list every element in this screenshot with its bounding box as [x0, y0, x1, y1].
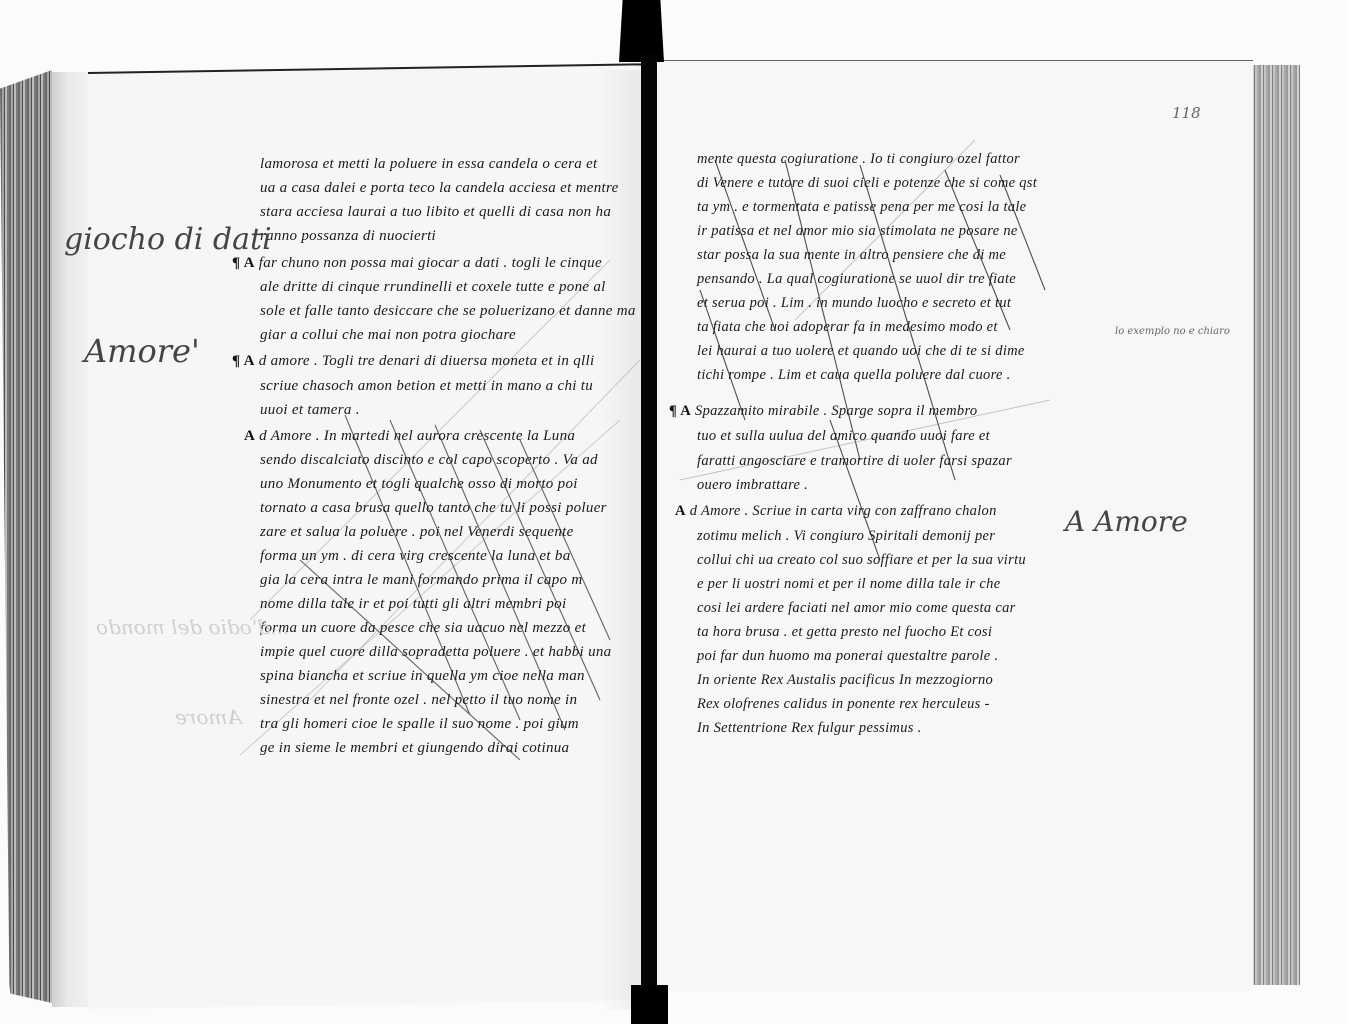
- text-line: poi far dun huomo ma ponerai questaltre …: [697, 648, 998, 665]
- right-page-edges: [1250, 65, 1300, 985]
- text-line: nome dilla tale ir et poi tutti gli altr…: [260, 596, 566, 613]
- text-line: Ad Amore . Scriue in carta virg con zaff…: [675, 503, 997, 520]
- text-line: ranno possanza di nuocierti: [260, 228, 436, 245]
- paragraph-mark: ¶ A: [232, 255, 255, 271]
- text-line: forma un ym . di cera virg crescente la …: [260, 548, 571, 565]
- text-line: zare et salua la poluere . poi nel Vener…: [260, 524, 574, 541]
- text-line: In Settentrione Rex fulgur pessimus .: [697, 720, 922, 737]
- text-line: Rex olofrenes calidus in ponente rex her…: [697, 696, 990, 713]
- margin-note-show-through-2: Amore: [175, 705, 242, 729]
- text-line: spina biancha et scriue in quella ym cio…: [260, 668, 585, 685]
- text-line: scriue chasoch amon betion et metti in m…: [260, 378, 593, 395]
- paragraph-mark: ¶ A: [669, 403, 691, 419]
- text-line: uuoi et tamera .: [260, 402, 360, 419]
- text-line: ge in sieme le membri et giungendo dirai…: [260, 740, 569, 757]
- margin-note-exemplo: lo exemplo no e chiaro: [1115, 326, 1230, 337]
- text-line: ta fiata che uoi adoperar fa in medesimo…: [697, 319, 998, 336]
- bookmark-ribbon: [641, 55, 657, 985]
- text-line: ¶ Afar chuno non possa mai giocar a dati…: [232, 255, 602, 272]
- text-line: star possa la sua mente in altro pensier…: [697, 247, 1006, 264]
- left-page-edges: [0, 70, 52, 1003]
- text-line: Ad Amore . In martedi nel aurora crescen…: [244, 428, 575, 445]
- text-line: faratti angosciare e tramortire di uoler…: [697, 453, 1012, 470]
- text-line: lei haurai a tuo uolere et quando uoi ch…: [697, 343, 1025, 360]
- bookmark-ribbon-bottom: [631, 985, 668, 1024]
- text-line: stara acciesa laurai a tuo libito et que…: [260, 204, 611, 221]
- text-line: tornato a casa brusa quello tanto che tu…: [260, 500, 607, 517]
- text-line: ouero imbrattare .: [697, 477, 808, 494]
- text-line: tichi rompe . Lim et caua quella poluere…: [697, 367, 1011, 384]
- text-line: e per li uostri nomi et per il nome dill…: [697, 576, 1000, 593]
- paragraph-mark: A: [244, 428, 255, 444]
- text-line: ¶ ASpazzamito mirabile . Sparge sopra il…: [669, 403, 977, 420]
- text-line: lamorosa et metti la poluere in essa can…: [260, 156, 598, 173]
- text-line: uno Monumento et togli qualche osso di m…: [260, 476, 578, 493]
- text-line: cosi lei ardere faciati nel amor mio com…: [697, 600, 1016, 617]
- text-line: forma un cuore da pesce che sia uacuo ne…: [260, 620, 586, 637]
- bookmark-ribbon-top: [619, 0, 664, 62]
- margin-note-dice-game: giocho di dati: [64, 222, 272, 257]
- text-line: mente questa cogiuratione . Io ti congiu…: [697, 151, 1020, 168]
- paragraph-mark: A: [675, 503, 686, 519]
- manuscript-scan: lamorosa et metti la poluere in essa can…: [0, 0, 1347, 1024]
- paragraph-mark: ¶ A: [232, 353, 255, 369]
- text-line: In oriente Rex Austalis pacificus In mez…: [697, 672, 993, 689]
- text-line: sinestra et nel fronte ozel . nel petto …: [260, 692, 577, 709]
- text-line: impie quel cuore dilla sopradetta poluer…: [260, 644, 611, 661]
- text-line: ale dritte di cinque rrundinelli et coxe…: [260, 279, 606, 296]
- text-line: giar a collui che mai non potra giochare: [260, 327, 516, 344]
- text-line: gia la cera intra le mani formando prima…: [260, 572, 583, 589]
- text-line: sole et falle tanto desiccare che se pol…: [260, 303, 636, 320]
- text-line: ta ym . e tormentata e patisse pena per …: [697, 199, 1026, 216]
- text-line: ta hora brusa . et getta presto nel fuoc…: [697, 624, 992, 641]
- folio-number: 118: [1172, 104, 1201, 122]
- margin-note-amore: Amore': [84, 332, 200, 370]
- text-line: pensando . La qual cogiuratione se uuol …: [697, 271, 1016, 288]
- text-line: sendo discalciato discinto e col capo sc…: [260, 452, 598, 469]
- text-line: tra gli homeri cioe le spalle il suo nom…: [260, 716, 579, 733]
- text-line: ir patissa et nel amor mio sia stimolata…: [697, 223, 1018, 240]
- margin-note-show-through: ...d'odio del mondo: [96, 615, 289, 639]
- text-line: zotimu melich . Vi congiuro Spiritali de…: [697, 528, 995, 545]
- text-line: tuo et sulla uulua del amico quando uuoi…: [697, 428, 990, 445]
- left-page-edge-shading: [52, 72, 92, 1007]
- text-line: ua a casa dalei e porta teco la candela …: [260, 180, 619, 197]
- margin-note-amore-right: A Amore: [1065, 505, 1188, 538]
- text-line: collui chi ua creato col suo soffiare et…: [697, 552, 1026, 569]
- text-line: et serua poi . Lim . in mundo luocho e s…: [697, 295, 1011, 312]
- text-line: di Venere e tutore di suoi cieli e poten…: [697, 175, 1037, 192]
- text-line: ¶ Ad amore . Togli tre denari di diuersa…: [232, 353, 594, 370]
